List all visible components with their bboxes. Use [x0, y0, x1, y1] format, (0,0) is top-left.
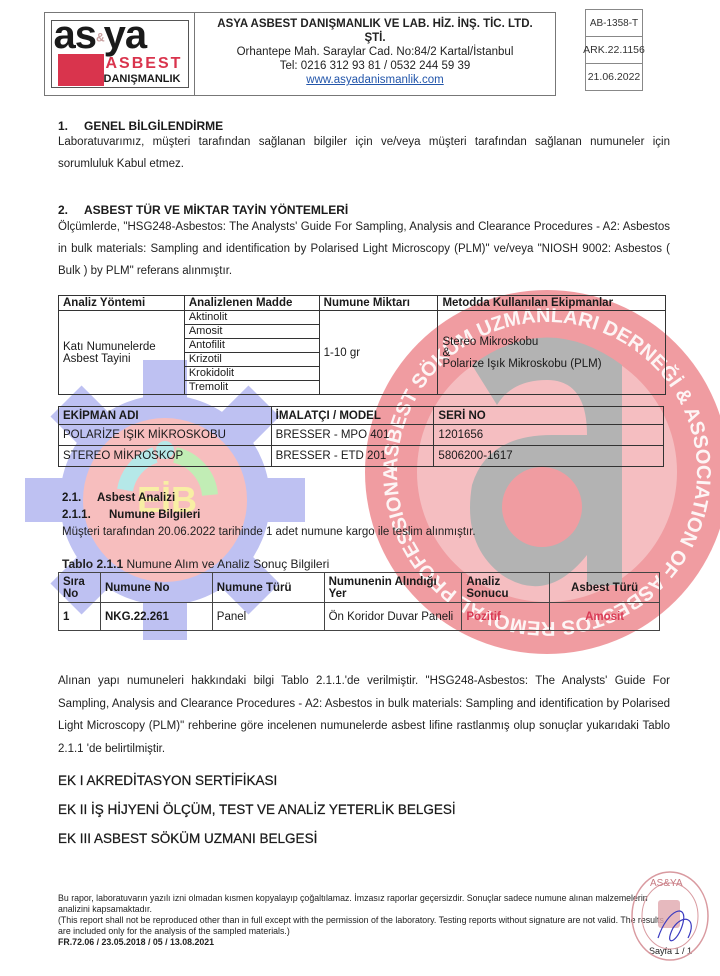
method-line: Asbest Tayini — [63, 353, 180, 365]
equipment-line: & — [442, 348, 661, 358]
method-cell: Katı Numunelerde Asbest Tayini — [59, 311, 185, 395]
annex-2: EK II İŞ HİJYENİ ÖLÇÜM, TEST VE ANALİZ Y… — [58, 802, 456, 817]
company-website-link[interactable]: www.asyadanismanlik.com — [195, 73, 555, 87]
analysis-result: Pozitif — [462, 603, 550, 631]
header-method: Analiz Yöntemi — [59, 296, 185, 311]
equipment-cell: Stereo Mikroskobu & Polarize Işık Mikros… — [438, 311, 666, 395]
equipment-serial: 5806200-1617 — [434, 446, 664, 467]
sample-type: Panel — [212, 603, 324, 631]
asbestos-type: Amosit — [550, 603, 660, 631]
header-sample-no: Numune No — [100, 573, 212, 603]
svg-text:AS&YA: AS&YA — [650, 878, 683, 889]
substance-cell: Krizotil — [184, 353, 319, 367]
row-no: 1 — [59, 603, 101, 631]
logo-wordmark: as&ya — [54, 20, 147, 55]
accreditation-code: AB-1358-T — [585, 9, 643, 37]
company-name-line1: ASYA ASBEST DANIŞMANLIK VE LAB. HİZ. İNŞ… — [195, 17, 555, 31]
sample-location: Ön Koridor Duvar Paneli — [324, 603, 462, 631]
equipment-model: BRESSER - ETD 201 — [271, 446, 434, 467]
equipment-line: Stereo Mikroskobu — [442, 336, 661, 348]
company-info: ASYA ASBEST DANIŞMANLIK VE LAB. HİZ. İNŞ… — [195, 13, 555, 95]
substance-cell: Amosit — [184, 325, 319, 339]
amount-cell: 1-10 gr — [319, 311, 438, 395]
header-row-no: Sıra No — [59, 573, 101, 603]
header-analysis-result: Analiz Sonucu — [462, 573, 550, 603]
header-equipment: Metodda Kullanılan Ekipmanlar — [438, 296, 666, 311]
header-manufacturer-model: İMALATÇI / MODEL — [271, 407, 434, 425]
result-table: Sıra No Numune No Numune Türü Numunenin … — [58, 572, 660, 631]
footer-form-code: FR.72.06 / 23.05.2018 / 05 / 13.08.2021 — [58, 937, 670, 948]
section-2-1-1-text: Müşteri tarafından 20.06.2022 tarihinde … — [62, 521, 674, 543]
header-sample-type: Numune Türü — [212, 573, 324, 603]
method-table-header: Analiz Yöntemi Analizlenen Madde Numune … — [59, 296, 666, 311]
section-2-1-1-heading: 2.1.1.Numune Bilgileri — [62, 509, 200, 521]
method-line: Katı Numunelerde — [63, 341, 180, 353]
footer-disclaimer-tr: Bu rapor, laboratuvarın yazılı izni olma… — [58, 893, 670, 915]
substance-cell: Aktinolit — [184, 311, 319, 325]
substance-cell: Tremolit — [184, 381, 319, 395]
header-equipment-name: EKİPMAN ADI — [59, 407, 272, 425]
header-amount: Numune Miktarı — [319, 296, 438, 311]
substance-cell: Krokidolit — [184, 367, 319, 381]
equipment-line: Polarize Işık Mikroskobu (PLM) — [442, 358, 661, 370]
result-table-caption: Tablo 2.1.1 Numune Alım ve Analiz Sonuç … — [62, 557, 329, 571]
equipment-name: POLARİZE IŞIK MİKROSKOBU — [59, 425, 272, 446]
company-name-line2: ŞTİ. — [195, 31, 555, 45]
logo-red-block — [58, 54, 104, 86]
equipment-model: BRESSER - MPO 401 — [271, 425, 434, 446]
annex-1: EK I AKREDİTASYON SERTİFİKASI — [58, 773, 277, 788]
header-sample-location: Numunenin Alındığı Yer — [324, 573, 462, 603]
asya-logo: as&ya ASBEST DANIŞMANLIK — [51, 20, 189, 88]
section-2-1-heading: 2.1.Asbest Analizi — [62, 492, 175, 504]
equipment-table-header: EKİPMAN ADI İMALATÇI / MODEL SERİ NO — [59, 407, 664, 425]
report-header: as&ya ASBEST DANIŞMANLIK ASYA ASBEST DAN… — [44, 12, 556, 96]
table-row: Katı Numunelerde Asbest Tayini Aktinolit… — [59, 311, 666, 325]
company-logo-cell: as&ya ASBEST DANIŞMANLIK — [45, 13, 195, 95]
sample-no: NKG.22.261 — [100, 603, 212, 631]
table-row: POLARİZE IŞIK MİKROSKOBU BRESSER - MPO 4… — [59, 425, 664, 446]
table-row: STEREO MİKROSKOP BRESSER - ETD 201 58062… — [59, 446, 664, 467]
substance-cell: Antofilit — [184, 339, 319, 353]
logo-danismanlik-text: DANIŞMANLIK — [104, 73, 181, 85]
section-1-text: Laboratuvarımız, müşteri tarafından sağl… — [58, 131, 670, 175]
report-date: 21.06.2022 — [585, 63, 643, 91]
section-2-heading: 2.ASBEST TÜR VE MİKTAR TAYİN YÖNTEMLERİ — [58, 203, 348, 217]
equipment-name: STEREO MİKROSKOP — [59, 446, 272, 467]
footer-disclaimer-en: (This report shall not be reproduced oth… — [58, 915, 670, 937]
page-number: Sayfa 1 / 1 — [649, 946, 692, 956]
section-2-text: Ölçümlerde, "HSG248-Asbestos: The Analys… — [58, 216, 670, 282]
report-number: ARK.22.1156 — [585, 36, 643, 64]
table-row: 1 NKG.22.261 Panel Ön Koridor Duvar Pane… — [59, 603, 660, 631]
result-table-header: Sıra No Numune No Numune Türü Numunenin … — [59, 573, 660, 603]
method-table: Analiz Yöntemi Analizlenen Madde Numune … — [58, 295, 666, 395]
equipment-table: EKİPMAN ADI İMALATÇI / MODEL SERİ NO POL… — [58, 406, 664, 467]
header-asbestos-type: Asbest Türü — [550, 573, 660, 603]
conclusion-text: Alınan yapı numuneleri hakkındaki bilgi … — [58, 670, 670, 760]
report-footer: Bu rapor, laboratuvarın yazılı izni olma… — [58, 893, 670, 948]
header-substance: Analizlenen Madde — [184, 296, 319, 311]
company-address: Orhantepe Mah. Saraylar Cad. No:84/2 Kar… — [195, 45, 555, 59]
logo-asbest-text: ASBEST — [106, 55, 183, 73]
document-codes: AB-1358-T ARK.22.1156 21.06.2022 — [585, 10, 643, 91]
annex-3: EK III ASBEST SÖKÜM UZMANI BELGESİ — [58, 831, 317, 846]
header-serial-no: SERİ NO — [434, 407, 664, 425]
company-phone: Tel: 0216 312 93 81 / 0532 244 59 39 — [195, 59, 555, 73]
equipment-serial: 1201656 — [434, 425, 664, 446]
